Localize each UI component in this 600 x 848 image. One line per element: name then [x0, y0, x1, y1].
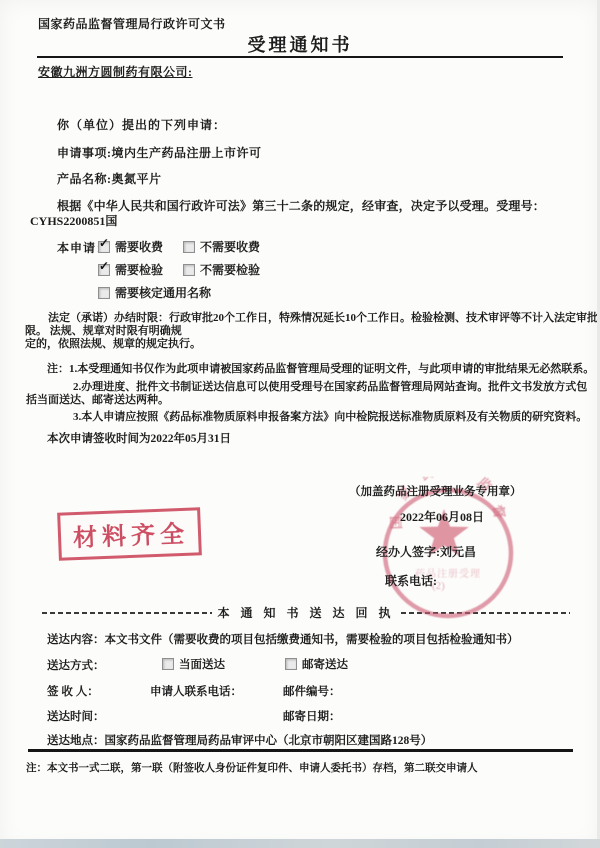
- option-row-generic-name: 需要核定通用名称: [98, 284, 211, 301]
- sign-time: 本次申请签收时间为2022年05月31日: [47, 430, 231, 446]
- title-rule: [37, 56, 563, 58]
- checkbox-need-inspection: ✓: [98, 264, 110, 276]
- delivery-location: 送达地点：国家药品监督管理局药品审评中心（北京市朝阳区建国路128号）: [47, 732, 432, 748]
- intro-line: 你（单位）提出的下列申请：: [57, 116, 226, 133]
- checkbox-no-inspection: [183, 264, 195, 276]
- option-label: 需要收费: [115, 238, 163, 255]
- recipient-company: 安徽九洲方圆制药有限公司:: [38, 63, 193, 80]
- application-item: 申请事项:境内生产药品注册上市许可: [57, 144, 262, 161]
- checkbox-in-person: [162, 658, 174, 670]
- checkbox-by-mail: [285, 658, 297, 670]
- seal-date: 2022年06月08日: [400, 508, 484, 525]
- option-label: 需要核定通用名称: [115, 284, 211, 301]
- applicant-phone-label: 申请人联系电话：: [150, 683, 242, 699]
- contact-phone-label: 联系电话:: [385, 572, 437, 589]
- divider-title: 本 通 知 书 送 达 回 执: [212, 604, 401, 621]
- footer-note: 注：本文书一式二联，第一联（附签收人身份证件复印件、申请人委托书）存档，第二联交…: [26, 760, 478, 775]
- checkbox-generic-name: [98, 287, 110, 299]
- materials-complete-stamp: 材料齐全: [57, 507, 202, 560]
- note-line-4: 3.本人申请应按照《药品标准物质原料申报备案方法》向中检院报送标准物质原料及有关…: [73, 408, 587, 424]
- scan-bottom-artifact: [0, 839, 600, 848]
- legal-line-3: 定的，依照法规、规章的规定执行。: [25, 335, 201, 351]
- option-label: 不需要检验: [200, 261, 260, 278]
- method-label: 邮寄送达: [302, 656, 348, 672]
- acceptance-text: 根据《中华人民共和国行政许可法》第三十二条的规定，经审查，决定予以受理。受理号：: [57, 197, 545, 214]
- checkbox-no-fee: [183, 241, 195, 253]
- page-title: 受理通知书: [0, 31, 600, 57]
- method-in-person: 当面送达: [162, 656, 225, 672]
- note-line-1: 注：1.本受理通知书仅作为此项申请被国家药品监督管理局受理的证明文件，与此项申请…: [47, 360, 594, 376]
- doc-type-label: 国家药品监督管理局行政许可文书: [38, 15, 226, 32]
- delivery-content: 送达内容：本文书文件（需要收费的项目包括缴费通知书，需要检验的项目包括检验通知书…: [47, 631, 519, 647]
- signer-label: 签 收 人：: [47, 683, 99, 699]
- option-row-inspection: ✓ 需要检验 不需要检验: [98, 261, 260, 278]
- check-mark: ✓: [99, 260, 109, 272]
- product-name: 产品名称:奥氮平片: [57, 170, 162, 187]
- seal-caption: （加盖药品注册受理业务专用章）: [349, 483, 522, 499]
- delivery-time-label: 送达时间：: [47, 708, 105, 724]
- note-line-3: 括当面送达、邮寄送达两种。: [26, 391, 169, 407]
- option-label: 不需要收费: [200, 238, 260, 255]
- method-label: 当面送达: [179, 656, 225, 672]
- acceptance-number: CYHS2200851国: [30, 212, 117, 229]
- acceptance-notice-document: 国家药品监督管理局行政许可文书 受理通知书 安徽九洲方圆制药有限公司: 你（单位…: [0, 0, 600, 848]
- footer-rule: [28, 749, 573, 752]
- option-row-fee: ✓ 需要收费 不需要收费: [98, 238, 260, 255]
- method-by-mail: 邮寄送达: [285, 656, 348, 672]
- handler-signature: 经办人签字:刘元昌: [376, 543, 476, 560]
- checkbox-need-fee: ✓: [98, 241, 110, 253]
- mail-no-label: 邮件编号：: [283, 683, 341, 699]
- option-label: 需要检验: [115, 261, 163, 278]
- mail-date-label: 邮寄日期：: [283, 708, 341, 724]
- divider-dashes-left: [42, 612, 212, 614]
- delivery-method-label: 送达方式：: [47, 657, 105, 673]
- check-mark: ✓: [99, 237, 109, 249]
